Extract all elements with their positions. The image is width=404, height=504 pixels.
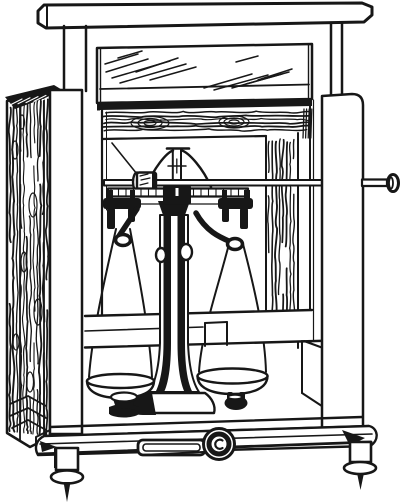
right-case-stile: [322, 94, 363, 434]
right-pan-bowl: [198, 369, 268, 395]
top-board: [38, 3, 372, 28]
left-case-stile: [50, 90, 82, 434]
pillar-collar-left: [156, 248, 166, 262]
balance-illustration: [0, 0, 404, 504]
engraving-canvas: [0, 0, 404, 504]
leveling-knob: [204, 429, 235, 460]
door-rail: [85, 310, 334, 348]
pillar-collar-right: [180, 244, 192, 260]
drawer-handle: [138, 440, 205, 455]
glass-sash: [97, 44, 312, 103]
back-wall-grain-band: [100, 106, 312, 139]
right-pan-rest: [225, 392, 248, 410]
case-left-panel: [7, 90, 50, 447]
